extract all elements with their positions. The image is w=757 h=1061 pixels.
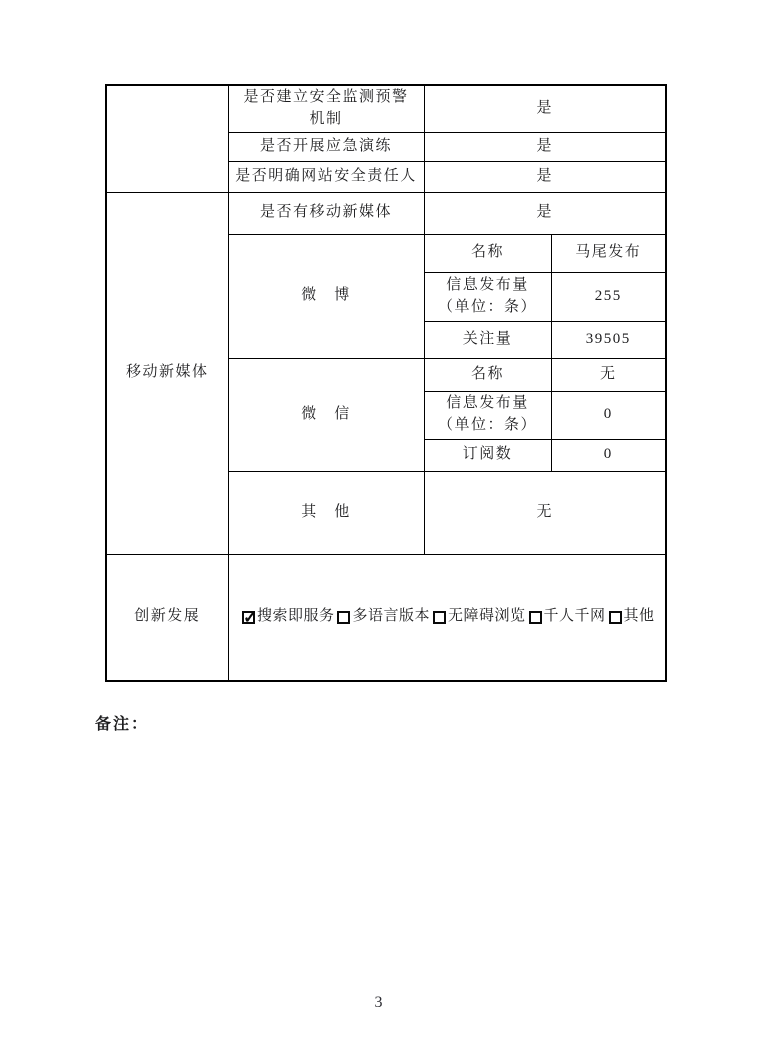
field-wechat-name-label: 名称: [424, 358, 551, 391]
checkbox-2[interactable]: [433, 611, 446, 624]
checkbox-label-accessibility: 无障碍浏览: [448, 606, 526, 628]
answer-security-responsible-person: 是: [424, 161, 666, 192]
innovation-options-line: 搜索即服务多语言版本无障碍浏览千人千网其他: [231, 606, 664, 628]
field-wechat-posts-label: 信息发布量 （单位：条）: [424, 391, 551, 439]
table-row: 创新发展 搜索即服务多语言版本无障碍浏览千人千网其他: [106, 554, 666, 681]
question-security-responsible-person: 是否明确网站安全责任人: [228, 161, 424, 192]
category-cell-innovation: 创新发展: [106, 554, 228, 681]
field-wechat-name-value: 无: [551, 358, 666, 391]
document-page: 是否建立安全监测预警 机制 是 是否开展应急演练 是 是否明确网站安全责任人 是…: [0, 0, 757, 1061]
table-row: 是否建立安全监测预警 机制 是: [106, 85, 666, 132]
category-cell-mobile-media: 移动新媒体: [106, 192, 228, 554]
value-other-media: 无: [424, 471, 666, 554]
field-wechat-posts-value: 0: [551, 391, 666, 439]
innovation-options-cell: 搜索即服务多语言版本无障碍浏览千人千网其他: [228, 554, 666, 681]
question-emergency-drill: 是否开展应急演练: [228, 132, 424, 161]
checkbox-1[interactable]: [337, 611, 350, 624]
checkbox-label-search-as-service: 搜索即服务: [257, 606, 335, 628]
field-weibo-followers-label: 关注量: [424, 321, 551, 358]
category-cell-security: [106, 85, 228, 192]
remarks-label: 备注：: [95, 711, 149, 734]
checkbox-label-multilingual: 多语言版本: [352, 606, 430, 628]
label-wechat: 微 信: [228, 358, 424, 471]
answer-has-mobile-media: 是: [424, 192, 666, 234]
field-weibo-followers-value: 39505: [551, 321, 666, 358]
question-security-monitoring: 是否建立安全监测预警 机制: [228, 85, 424, 132]
report-table: 是否建立安全监测预警 机制 是 是否开展应急演练 是 是否明确网站安全责任人 是…: [105, 84, 667, 682]
field-weibo-posts-value: 255: [551, 272, 666, 321]
checkbox-label-other: 其他: [624, 606, 655, 628]
checkbox-label-personalized: 千人千网: [544, 606, 606, 628]
checkbox-3[interactable]: [529, 611, 542, 624]
label-other-media: 其 他: [228, 471, 424, 554]
field-weibo-name-label: 名称: [424, 234, 551, 272]
checkbox-0[interactable]: [242, 611, 255, 624]
field-weibo-posts-label: 信息发布量 （单位：条）: [424, 272, 551, 321]
page-number: 3: [0, 994, 757, 1012]
field-wechat-subscribers-label: 订阅数: [424, 439, 551, 471]
checkbox-4[interactable]: [609, 611, 622, 624]
question-has-mobile-media: 是否有移动新媒体: [228, 192, 424, 234]
table-row: 移动新媒体 是否有移动新媒体 是: [106, 192, 666, 234]
field-weibo-name-value: 马尾发布: [551, 234, 666, 272]
answer-emergency-drill: 是: [424, 132, 666, 161]
label-weibo: 微 博: [228, 234, 424, 358]
answer-security-monitoring: 是: [424, 85, 666, 132]
field-wechat-subscribers-value: 0: [551, 439, 666, 471]
